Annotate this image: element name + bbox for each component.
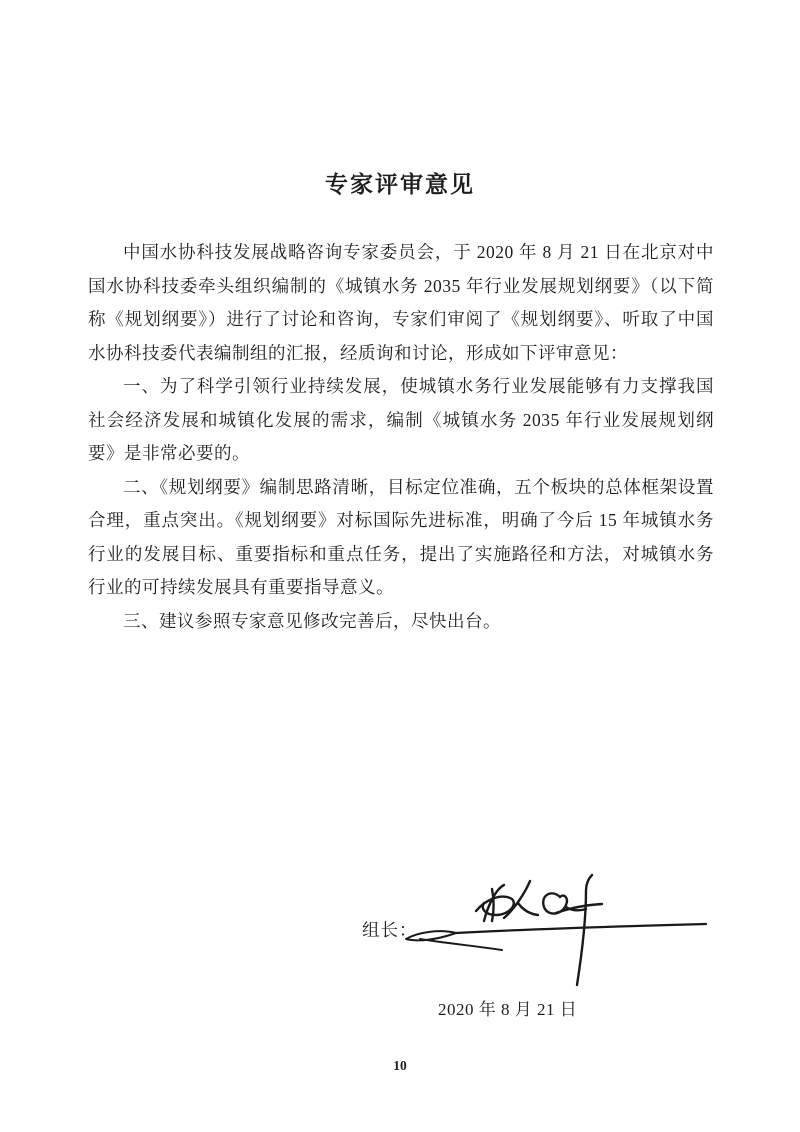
document-body: 中国水协科技发展战略咨询专家委员会，于 2020 年 8 月 21 日在北京对中… (88, 236, 714, 638)
paragraph-opinion-3: 三、建议参照专家意见修改完善后，尽快出台。 (88, 605, 714, 639)
paragraph-opinion-1: 一、为了科学引领行业持续发展，使城镇水务行业发展能够有力支撑我国社会经济发展和城… (88, 370, 714, 471)
document-title: 专家评审意见 (0, 166, 800, 199)
signature-block: 组长： (360, 855, 720, 995)
paragraph-intro: 中国水协科技发展战略咨询专家委员会，于 2020 年 8 月 21 日在北京对中… (88, 236, 714, 370)
date-line: 2020 年 8 月 21 日 (438, 995, 577, 1020)
handwritten-signature-icon (360, 855, 720, 995)
page-number: 10 (0, 1058, 800, 1074)
paragraph-opinion-2: 二、《规划纲要》编制思路清晰，目标定位准确，五个板块的总体框架设置合理，重点突出… (88, 471, 714, 605)
document-page: 专家评审意见 中国水协科技发展战略咨询专家委员会，于 2020 年 8 月 21… (0, 0, 800, 1132)
